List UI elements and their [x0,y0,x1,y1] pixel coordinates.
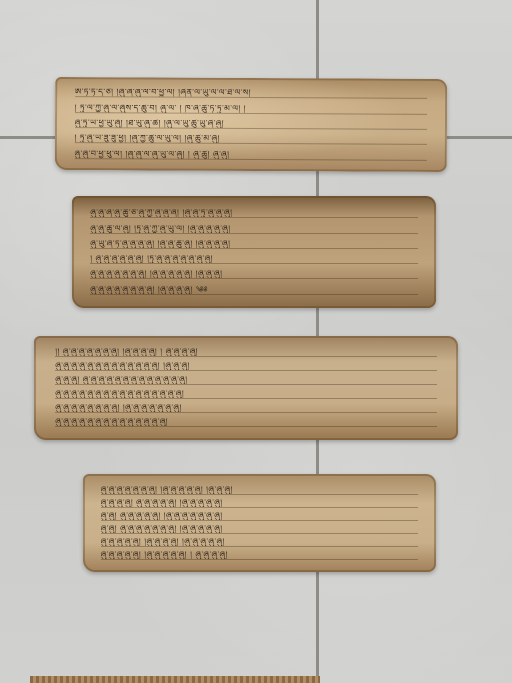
text-line: ། ཞུ་ཞུ་ཞུ་ཞུ་ཞུ་ཞུ། །ཏུ་ཞུ་ཞུ་ཞུ་ཞུ་ཞུ་… [90,255,418,264]
text-line: ཞུ་ཞུ་བ་ཕྱི་ཕུ་ལ། །ཞུ་ཞུ་ལ་ཞུ་ཡུ་ལ་ཞུ། །… [74,150,427,161]
text-line: ཞུ་ཞུ་ཞུ་ཞུ་ཞུ་ཞུ་ཞུ། །ཞུ་ཞུ་ཞུ་ཞུ་ཞུ། །… [101,486,419,495]
manuscript-folio-1: ཨ་ཏ་ཏ་ད་ཙ། །ཞུ་ཞི་ཞུ་ལ་བ་ཕྱུ་ལ། །ཞིན་ལ་ཡ… [55,77,447,172]
text-line: ཞུ་ཞུ་ཚུ་ལ་ཞུ། །ཏུ་ཞུ་ཀྱི་ཞུ་ཡུ་ལ། །ཞུ་ཞ… [90,225,418,234]
text-line: ཞུ་ཞུ། ཞུ་ཞུ་ཞུ་ཞུ་ཞུ། །ཞུ་ཞུ་ཞུ་ཞུ་ཞུ་ཞ… [101,512,419,521]
text-line: ཞུ་ཞུ་ཞུ་ཞུ་ཞུ་ཞུ་ཞུ་ཞུ། །ཞུ་ཞུ་ཞུ་ཞུ། ༄… [90,286,418,295]
manuscript-folio-4: ཞུ་ཞུ་ཞུ་ཞུ་ཞུ་ཞུ་ཞུ། །ཞུ་ཞུ་ཞུ་ཞུ་ཞུ། །… [83,474,436,572]
folio-text: །། ཞུ་ཞུ་ཞུ་ཞུ་ཞུ་ཞུ་ཞུ། །ཞུ་ཞུ་ཞུ་ཞུ། །… [55,348,437,427]
text-line: ཞུ་ཞུ་ཞི་ཞུ་ཚུ་ཙ་ཞུ་ཀྱི་ཞུ་ཞུ་ཞི། །ཞུ་ཞུ… [90,209,418,218]
text-line: ཞུ་ཞུ་ཞུ་ཞུ་ཞུ་ཞུ་ཞུ་ཞུ་ཞུ་ཞུ་ཞུ་ཞུ་ཞུ་ཞ… [55,390,437,399]
text-line: ཞུ་ཞུ་ཞུ་ཞུ་ཞུ་ཞུ་ཞུ་ཞུ། །ཞུ་ཞུ་ཞུ་ཞུ་ཞུ… [55,404,437,413]
text-line: ཞུ་ཏུ་ཡ་ཕྱི་ཡུ་ཞུ། །ཐེ་ཡུ་ཞུ་ཚི། །ཞུ་ལ་ཡ… [75,119,428,130]
partial-folio-edge [30,676,320,683]
text-line: ཞུ་ཞུ་ཞུ་ཞུ་ཞུ་ཞུ་ཞུ། །ཞུ་ཞུ་ཞུ་ཞུ་ཞུ། །… [90,270,418,279]
text-line: ། ཏུ་ལ་ཀྱི་ཞུ་ལ་ཞུས་དོ་ཚུ་བ། ཞུ་ལ་ ། ཁ་ཞ… [75,104,428,115]
text-line: ཨ་ཏ་ཏ་ད་ཙ། །ཞུ་ཞི་ཞུ་ལ་བ་ཕྱུ་ལ། །ཞིན་ལ་ཡ… [75,88,428,99]
manuscript-folio-2: ཞུ་ཞུ་ཞི་ཞུ་ཚུ་ཙ་ཞུ་ཀྱི་ཞུ་ཞུ་ཞི། །ཞུ་ཞུ… [72,196,436,308]
text-line: །། ཞུ་ཞུ་ཞུ་ཞུ་ཞུ་ཞུ་ཞུ། །ཞུ་ཞུ་ཞུ་ཞུ། །… [55,348,437,357]
text-line: ཞུ་ཞུ་ཞུ། ཞུ་ཞུ་ཞུ་ཞུ་ཞུ་ཞུ་ཞུ་ཞུ་ཞུ་ཞུ་… [55,376,437,385]
text-line: ཞུ་ཞུ་ཞུ་ཞུ། ཞུ་ཞུ་ཞུ་ཞུ་ཞུ། །ཞུ་ཞུ་ཞུ་ཞ… [101,499,419,508]
text-line: ཞུ་ཞུ་ཞུ་ཞུ་ཞུ་ཞུ་ཞུ་ཞུ་ཞུ་ཞུ་ཞུ་ཞུ་ཞུ། … [55,362,437,371]
folio-text: ཞུ་ཞུ་ཞུ་ཞུ་ཞུ་ཞུ་ཞུ། །ཞུ་ཞུ་ཞུ་ཞུ་ཞུ། །… [101,486,419,561]
text-line: ། ཏུ་ཞུ་ཡ་ཟུ་ཟུ་ཕྱི། །ཞུ་ཀྱི་ཚུ་ལ་ཡུ་ལ། … [74,134,427,145]
folio-text: ཞུ་ཞུ་ཞི་ཞུ་ཚུ་ཙ་ཞུ་ཀྱི་ཞུ་ཞུ་ཞི། །ཞུ་ཞུ… [90,209,418,294]
folio-text: ཨ་ཏ་ཏ་ད་ཙ། །ཞུ་ཞི་ཞུ་ལ་བ་ཕྱུ་ལ། །ཞིན་ལ་ཡ… [74,88,427,161]
text-line: ཞུ་ཞུ། ཞུ་ཞུ་ཞུ་ཞུ་ཞུ་ཞུ་ཞུ། །ཞུ་ཞུ་ཞུ་ཞ… [101,525,419,534]
text-line: ཞུ་ཞུ་ཞུ་ཞུ་ཞུ་ཞུ་ཞུ་ཞུ་ཞུ་ཞུ་ཞུ་ཞུ་ཞུ་ཞ… [55,418,437,427]
manuscript-folio-3: །། ཞུ་ཞུ་ཞུ་ཞུ་ཞུ་ཞུ་ཞུ། །ཞུ་ཞུ་ཞུ་ཞུ། །… [34,336,458,440]
text-line: ཞུ་ཞུ་ཞུ་ཞུ་ཞུ། །ཞུ་ཞུ་ཞུ་ཞུ་ཞུ། ། ཞུ་ཞུ… [101,551,419,560]
text-line: ཞུ་ཡུ་ཞི་ཏ་ཞུ་ཞུ་ཞུ་ཞུ། །ཞུ་ཞུ་ཚུ་ཞུ། །ཞ… [90,240,418,249]
text-line: ཞུ་ཞུ་ཞུ་ཞུ་ཞུ། །ཞུ་ཞུ་ཞུ་ཞུ། །ཞུ་ཞུ་ཞུ་… [101,538,419,547]
